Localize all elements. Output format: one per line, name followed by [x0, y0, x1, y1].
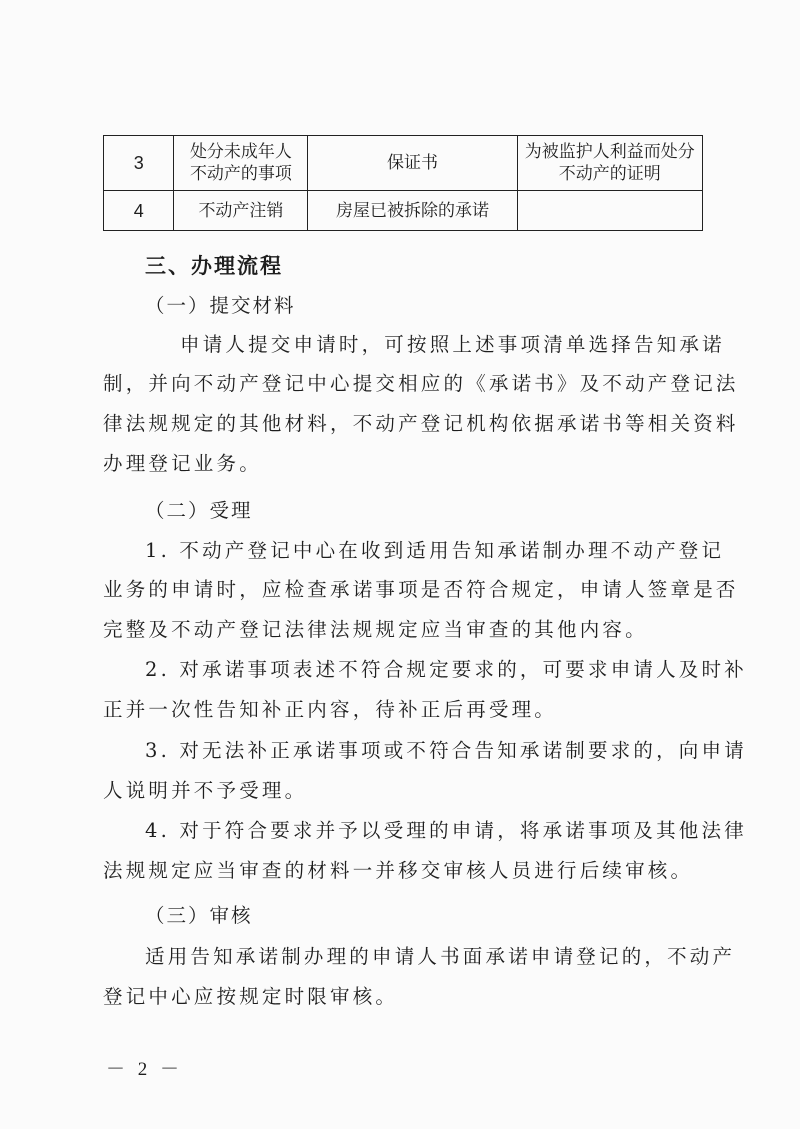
- row-number: 3: [104, 136, 174, 191]
- paragraph-line: 2. 对承诺事项表述不符合规定要求的，可要求申请人及时补: [145, 654, 745, 682]
- replaced-material-cell: 为被监护人利益而处分 不动产的证明: [517, 136, 702, 191]
- paragraph-line: 3. 对无法补正承诺事项或不符合告知承诺制要求的，向申请: [145, 735, 745, 763]
- paragraph-line: 法规规定应当审查的材料一并移交审核人员进行后续审核。: [103, 855, 703, 883]
- paragraph-line: 4. 对于符合要求并予以受理的申请，将承诺事项及其他法律: [145, 815, 745, 843]
- page-number: － 2 －: [106, 1054, 183, 1081]
- item-cell: 不动产注销: [174, 191, 308, 231]
- item-cell: 处分未成年人 不动产的事项: [174, 136, 308, 191]
- document-page: 3 处分未成年人 不动产的事项 保证书 为被监护人利益而处分 不动产的证明 4 …: [0, 0, 800, 1129]
- section-heading: 三、办理流程: [145, 250, 745, 280]
- paragraph-line: 业务的申请时，应检查承诺事项是否符合规定，申请人签章是否: [103, 574, 703, 602]
- paragraph-line: 人说明并不予受理。: [103, 775, 703, 803]
- paragraph-line: 1. 不动产登记中心在收到适用告知承诺制办理不动产登记: [145, 535, 745, 563]
- commitment-cell: 房屋已被拆除的承诺: [308, 191, 517, 231]
- paragraph-line: 登记中心应按规定时限审核。: [103, 981, 703, 1009]
- subsection-heading: （三）审核: [145, 900, 745, 928]
- paragraph-line: 适用告知承诺制办理的申请人书面承诺申请登记的，不动产: [145, 941, 745, 969]
- paragraph-line: 正并一次性告知补正内容，待补正后再受理。: [103, 694, 703, 722]
- table-row: 4 不动产注销 房屋已被拆除的承诺: [104, 191, 703, 231]
- paragraph-line: 申请人提交申请时，可按照上述事项清单选择告知承诺: [180, 329, 780, 357]
- commitment-items-table: 3 处分未成年人 不动产的事项 保证书 为被监护人利益而处分 不动产的证明 4 …: [103, 135, 703, 231]
- paragraph-line: 办理登记业务。: [103, 448, 703, 476]
- paragraph-line: 制，并向不动产登记中心提交相应的《承诺书》及不动产登记法: [103, 368, 703, 396]
- subsection-heading: （一）提交材料: [145, 290, 745, 318]
- paragraph-line: 律法规规定的其他材料，不动产登记机构依据承诺书等相关资料: [103, 408, 703, 436]
- replaced-material-cell: [517, 191, 702, 231]
- row-number: 4: [104, 191, 174, 231]
- paragraph-line: 完整及不动产登记法律法规规定应当审查的其他内容。: [103, 614, 703, 642]
- commitment-cell: 保证书: [308, 136, 517, 191]
- table-row: 3 处分未成年人 不动产的事项 保证书 为被监护人利益而处分 不动产的证明: [104, 136, 703, 191]
- subsection-heading: （二）受理: [145, 495, 745, 523]
